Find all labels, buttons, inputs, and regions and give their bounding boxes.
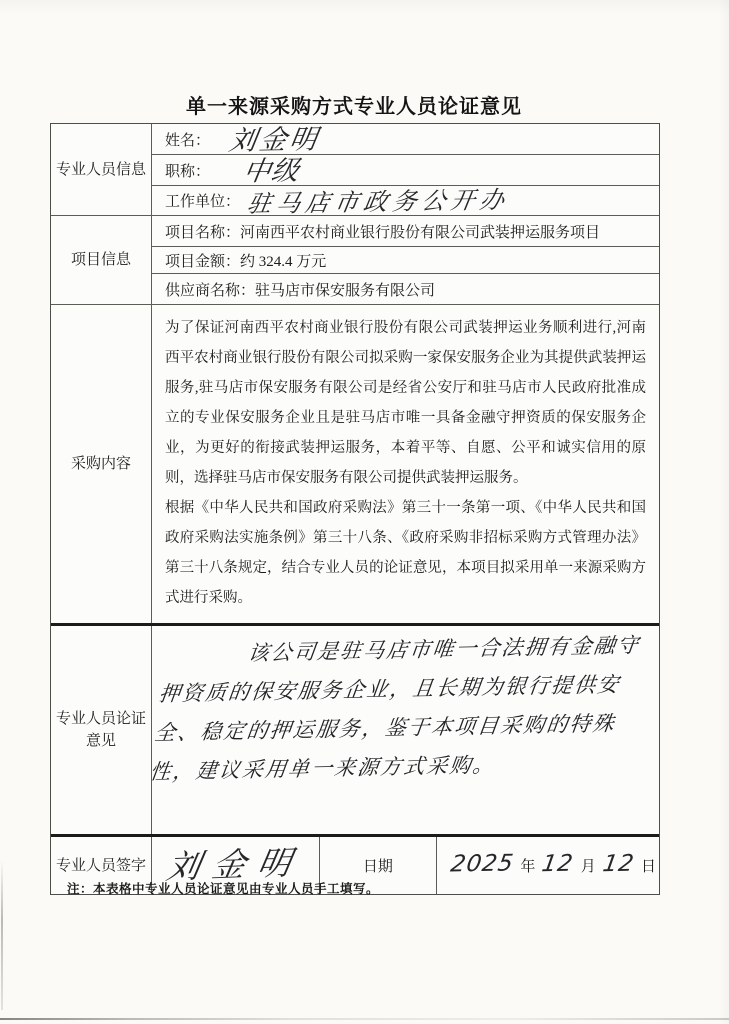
form-table: 专业人员信息 姓名： 刘金明 职称： 中级 工作单位： 驻马店市政务公开办 项目… bbox=[50, 123, 660, 895]
row-rank: 职称： 中级 bbox=[152, 154, 659, 185]
date-month-suffix: 月 bbox=[581, 855, 596, 876]
opinion-handwritten-text: 该公司是驻马店市唯一合法拥有金融守押资质的保安服务企业，且长期为银行提供安全、稳… bbox=[152, 626, 644, 792]
footnote: 注：本表格中专业人员论证意见由专业人员手工填写。 bbox=[67, 879, 379, 897]
project-section-label: 项目信息 bbox=[51, 216, 152, 304]
rank-label: 职称： bbox=[165, 160, 210, 181]
procurement-paragraph-2: 根据《中华人民共和国政府采购法》第三十一条第一项、《中华人民共和国政府采购法实施… bbox=[165, 493, 646, 613]
date-month-handwritten: 12 bbox=[540, 850, 576, 877]
workunit-label: 工作单位： bbox=[165, 190, 240, 211]
rank-handwritten-value: 中级 bbox=[241, 148, 303, 188]
scan-edge-left bbox=[1, 860, 3, 1010]
supplier-value: 驻马店市保安服务有限公司 bbox=[255, 279, 435, 300]
workunit-handwritten-value: 驻马店市政务公开办 bbox=[245, 180, 512, 220]
procurement-section-label: 采购内容 bbox=[51, 305, 152, 623]
date-year-suffix: 年 bbox=[520, 855, 535, 876]
row-supplier: 供应商名称： 驻马店市保安服务有限公司 bbox=[152, 273, 659, 304]
name-label: 姓名： bbox=[165, 129, 210, 150]
date-day-suffix: 日 bbox=[641, 855, 656, 876]
row-project-name: 项目名称： 河南西平农村商业银行股份有限公司武装押运服务项目 bbox=[152, 216, 659, 246]
supplier-label: 供应商名称： bbox=[165, 279, 255, 300]
project-name-label: 项目名称： bbox=[165, 221, 240, 242]
opinion-section-label: 专业人员论证 意见 bbox=[51, 626, 152, 834]
section-procurement-content: 采购内容 为了保证河南西平农村商业银行股份有限公司武装押运业务顺利进行,河南西平… bbox=[51, 304, 659, 623]
date-year-handwritten: 2025 bbox=[449, 850, 516, 877]
project-amount-label: 项目金额： bbox=[165, 250, 240, 271]
date-cell: 2025 年 12 月 12 日 bbox=[437, 837, 659, 894]
scan-edge-bottom bbox=[0, 1018, 729, 1020]
personnel-section-label: 专业人员信息 bbox=[51, 124, 152, 215]
procurement-text: 为了保证河南西平农村商业银行股份有限公司武装押运业务顺利进行,河南西平农村商业银… bbox=[152, 305, 659, 623]
date-day-handwritten: 12 bbox=[601, 850, 637, 877]
row-name: 姓名： 刘金明 bbox=[152, 124, 659, 154]
section-personnel-info: 专业人员信息 姓名： 刘金明 职称： 中级 工作单位： 驻马店市政务公开办 bbox=[51, 124, 659, 215]
row-workunit: 工作单位： 驻马店市政务公开办 bbox=[152, 185, 659, 215]
section-project-info: 项目信息 项目名称： 河南西平农村商业银行股份有限公司武装押运服务项目 项目金额… bbox=[51, 215, 659, 304]
project-name-value: 河南西平农村商业银行股份有限公司武装押运服务项目 bbox=[240, 221, 600, 242]
section-expert-opinion: 专业人员论证 意见 该公司是驻马店市唯一合法拥有金融守押资质的保安服务企业，且长… bbox=[51, 623, 659, 834]
row-project-amount: 项目金额： 约 324.4 万元 bbox=[152, 246, 659, 273]
page-title: 单一来源采购方式专业人员论证意见 bbox=[50, 90, 658, 119]
project-amount-value: 约 324.4 万元 bbox=[240, 250, 326, 271]
procurement-paragraph-1: 为了保证河南西平农村商业银行股份有限公司武装押运业务顺利进行,河南西平农村商业银… bbox=[165, 313, 646, 493]
